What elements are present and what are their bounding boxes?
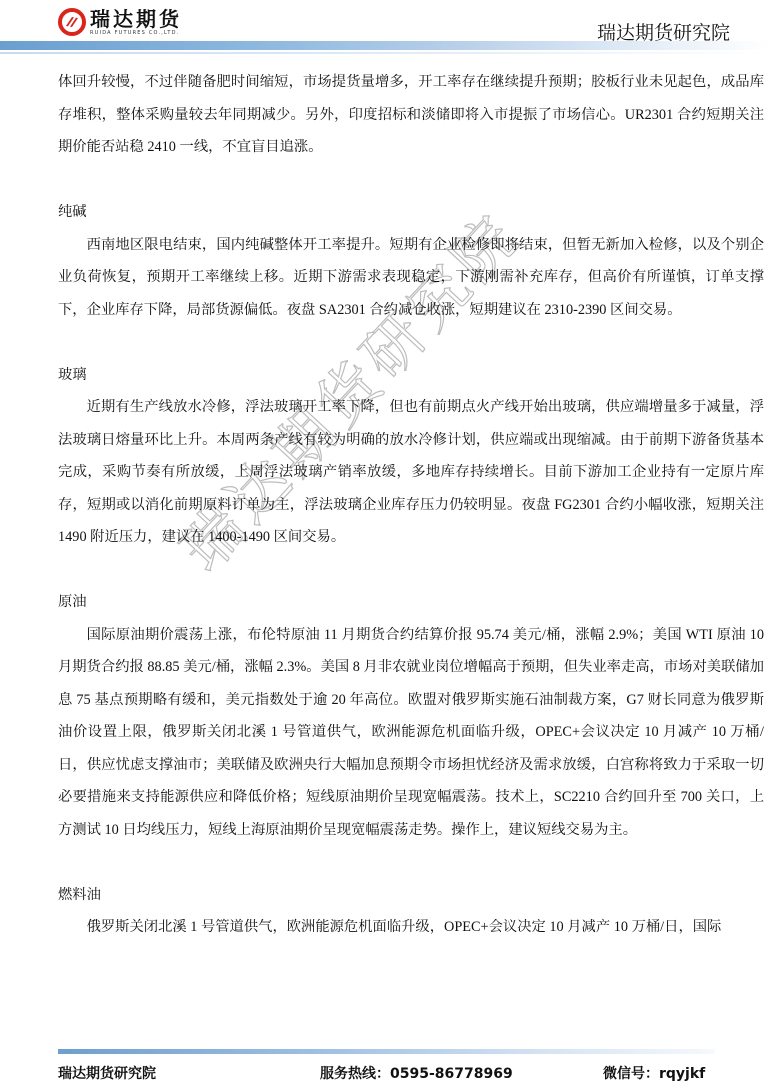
logo-chinese-name: 瑞达期货 xyxy=(90,8,182,30)
paragraph-glass: 近期有生产线放水冷修，浮法玻璃开工率下降，但也有前期点火产线开始出玻璃，供应端增… xyxy=(58,391,764,554)
paragraph-fuel-oil: 俄罗斯关闭北溪 1 号管道供气，欧洲能源危机面临升级，OPEC+会议决定 10 … xyxy=(58,911,764,944)
footer-wechat: 微信号：rqyjkf xyxy=(603,1063,705,1083)
footer-hotline: 服务热线：0595-86778969 xyxy=(320,1063,513,1083)
section-title-fuel-oil: 燃料油 xyxy=(58,879,764,912)
section-title-glass: 玻璃 xyxy=(58,359,764,392)
header-gradient-bar xyxy=(0,41,770,50)
section-title-crude-oil: 原油 xyxy=(58,586,764,619)
ruida-logo-icon xyxy=(58,8,86,36)
page-footer: 瑞达期货研究院 服务热线：0595-86778969 微信号：rqyjkf xyxy=(58,1063,718,1087)
document-body: 体回升较慢，不过伴随备肥时间缩短，市场提货量增多，开工率存在继续提升预期；胶板行… xyxy=(58,66,764,944)
page-header: 瑞达期货 RUIDA FUTURES CO.,LTD. 瑞达期货研究院 xyxy=(0,0,770,60)
paragraph-continued: 体回升较慢，不过伴随备肥时间缩短，市场提货量增多，开工率存在继续提升预期；胶板行… xyxy=(58,66,764,164)
paragraph-soda-ash: 西南地区限电结束，国内纯碱整体开工率提升。短期有企业检修即将结束，但暂无新加入检… xyxy=(58,229,764,327)
footer-gradient-bar xyxy=(58,1049,715,1054)
footer-org: 瑞达期货研究院 xyxy=(58,1063,156,1083)
company-logo: 瑞达期货 RUIDA FUTURES CO.,LTD. xyxy=(58,6,182,38)
section-title-soda-ash: 纯碱 xyxy=(58,196,764,229)
header-divider xyxy=(0,52,770,54)
paragraph-crude-oil: 国际原油期价震荡上涨，布伦特原油 11 月期货合约结算价报 95.74 美元/桶… xyxy=(58,619,764,847)
logo-english-name: RUIDA FUTURES CO.,LTD. xyxy=(90,30,182,37)
